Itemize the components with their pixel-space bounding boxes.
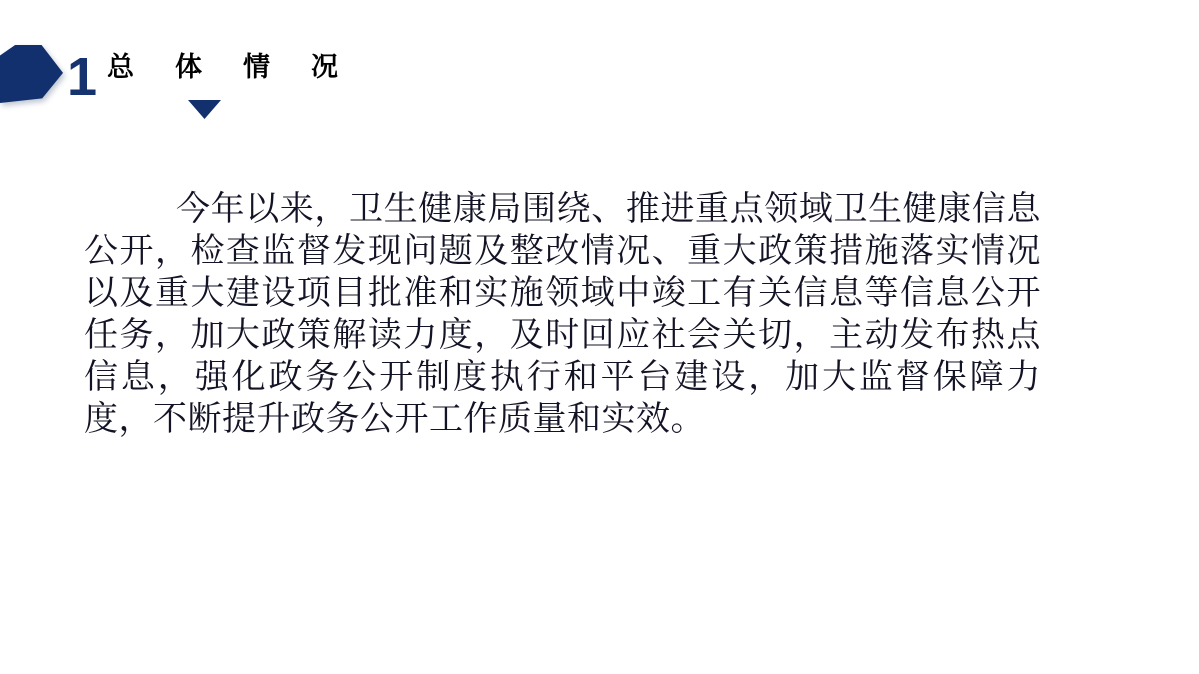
slide-canvas: { "slide": { "section_number": "1", "sec… [0, 0, 1199, 674]
section-arrow-banner [0, 45, 63, 103]
slide-body-text: 今年以来，卫生健康局围绕、推进重点领域卫生健康信息公开，检查监督发现问题及整改情… [84, 188, 1041, 440]
section-title: 总体情况 [107, 52, 379, 82]
triangle-down-icon [188, 100, 221, 119]
section-number: 1 [67, 50, 95, 104]
right-arrow-icon [0, 45, 63, 103]
